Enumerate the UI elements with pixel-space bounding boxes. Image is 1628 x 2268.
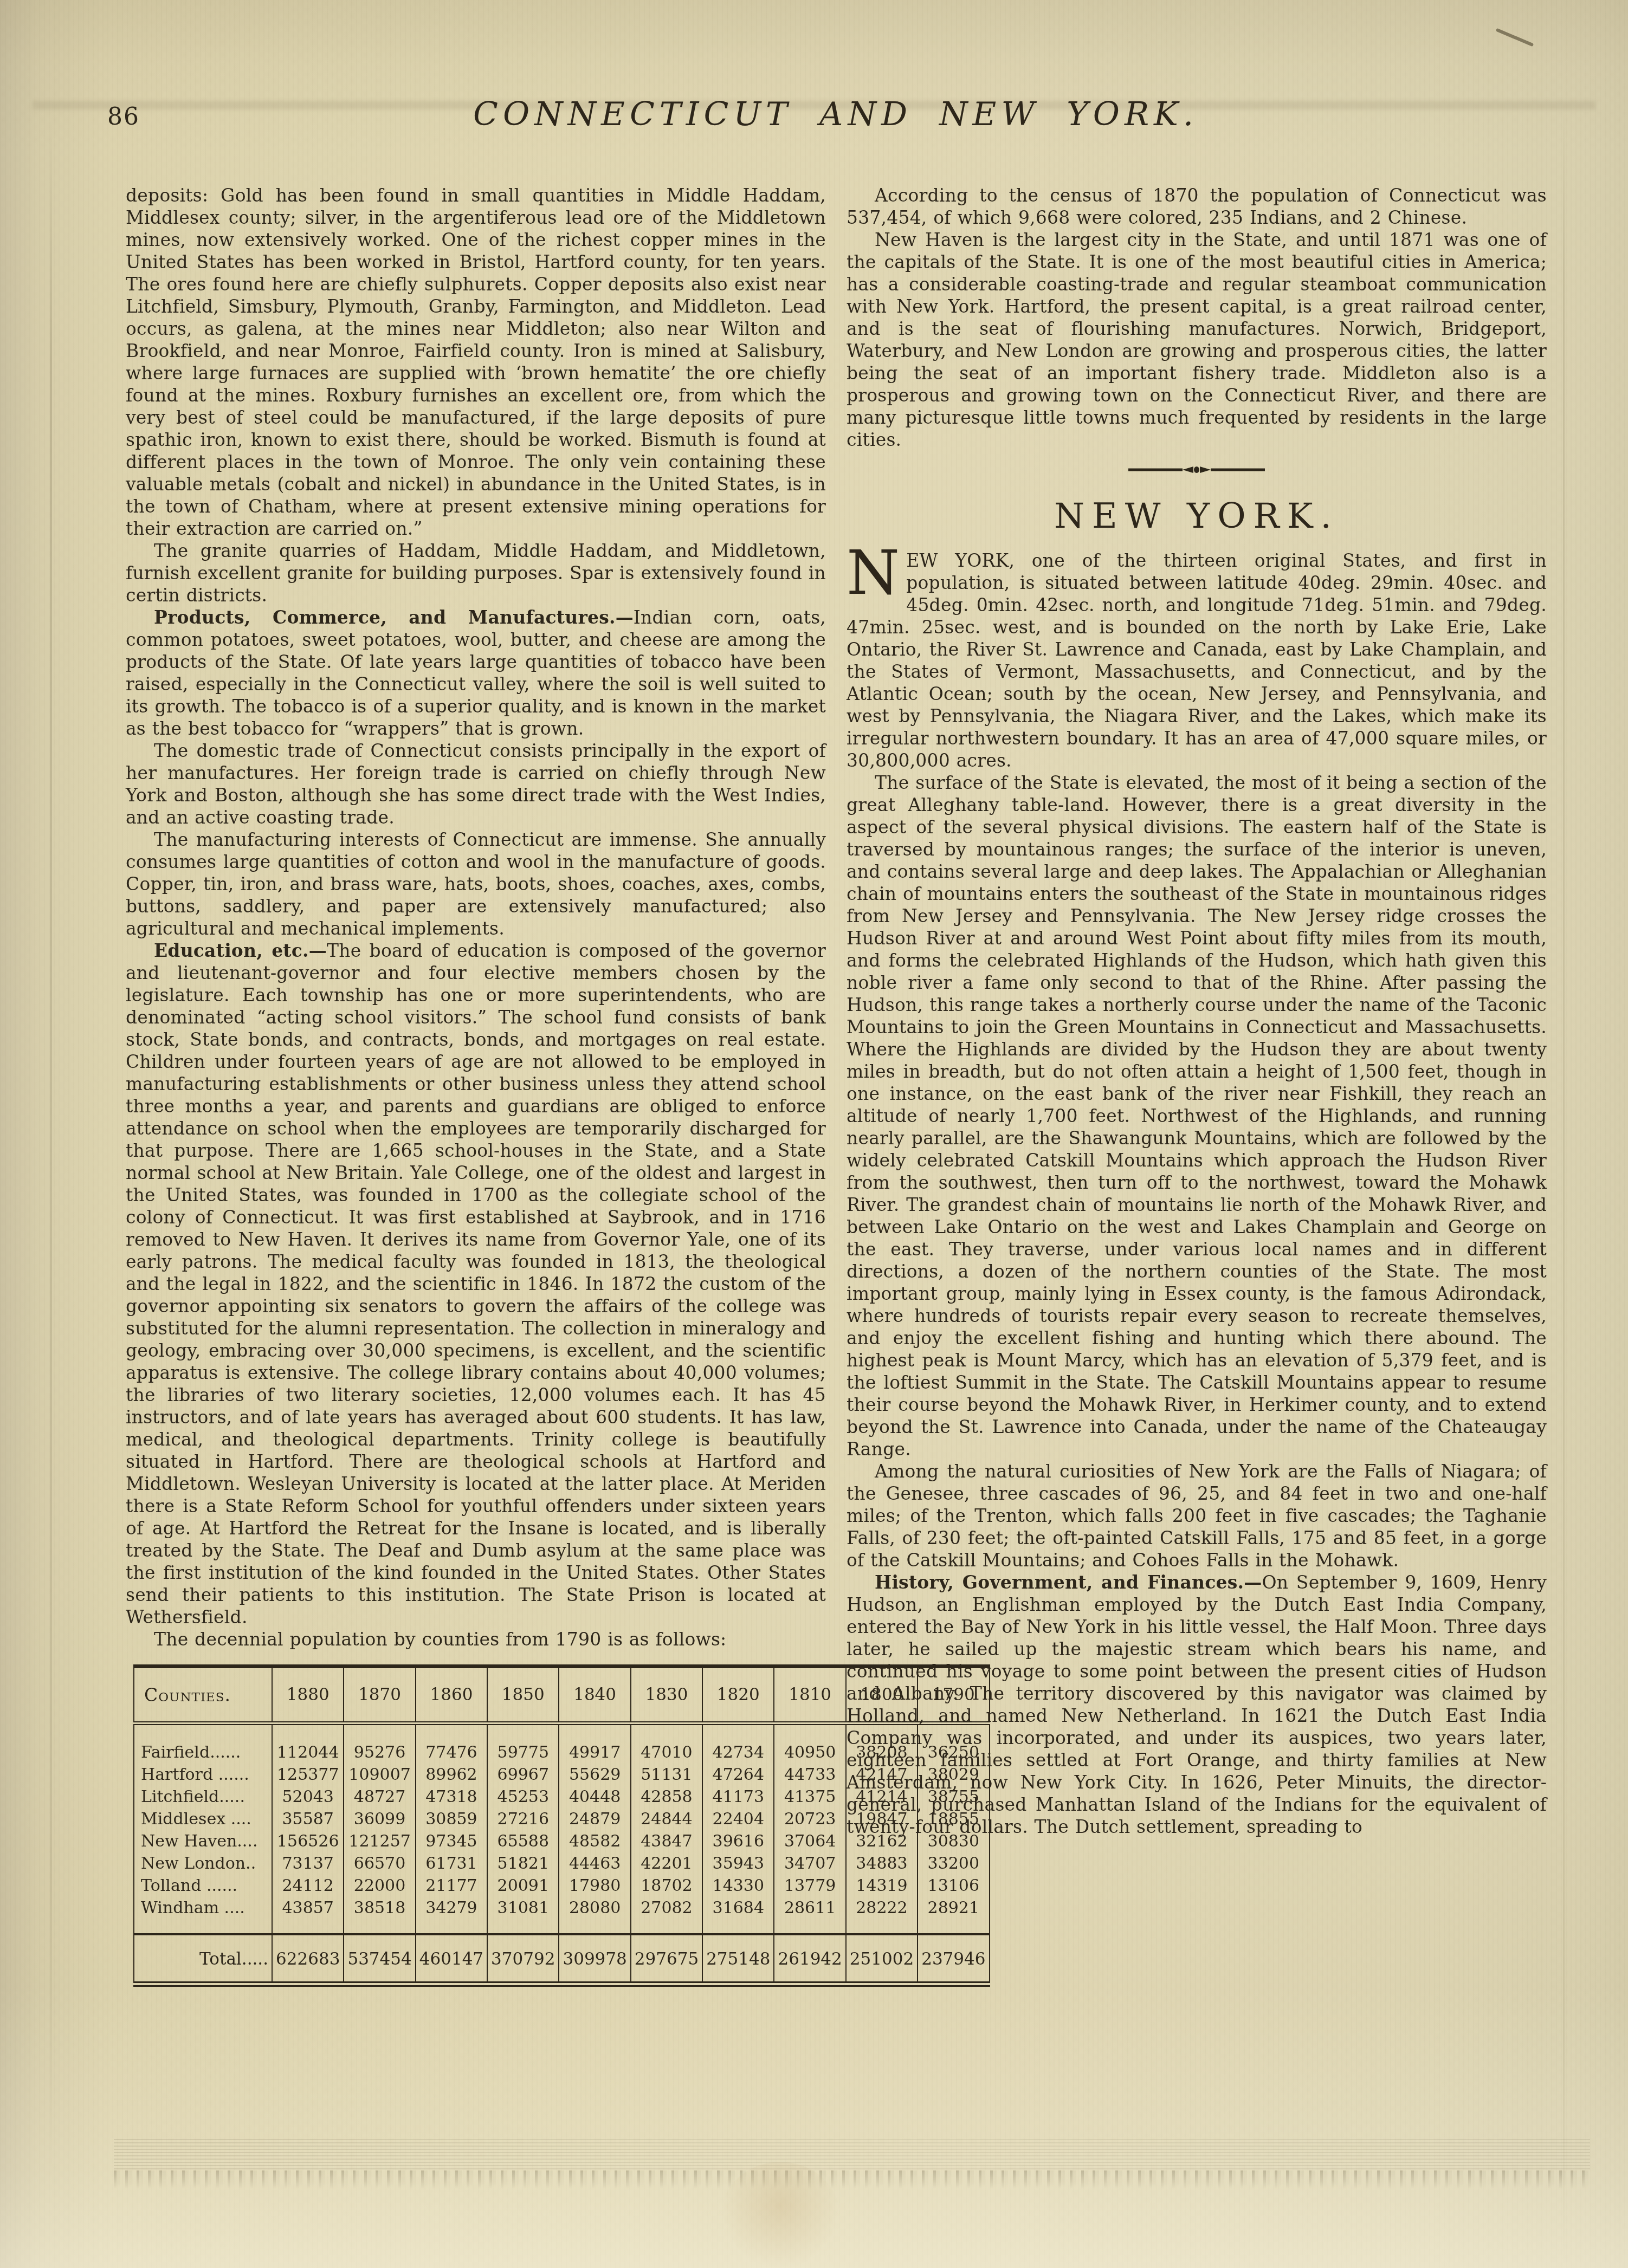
year-header-cell: 1820: [702, 1667, 774, 1723]
population-value-cell: 47264: [702, 1764, 774, 1786]
total-value-cell: 261942: [774, 1934, 845, 1984]
total-value-cell: 275148: [702, 1934, 774, 1984]
paragraph-history: History, Government, and Finances.—On Se…: [847, 1571, 1547, 1838]
paragraph-text: The board of education is composed of th…: [126, 940, 826, 1628]
table-row: Windham ....4385738518342793108128080270…: [134, 1897, 990, 1934]
population-value-cell: 95276: [344, 1723, 415, 1764]
county-name-cell: Litchfield.....: [134, 1786, 272, 1808]
counties-header-cell: Counties.: [134, 1667, 272, 1723]
population-value-cell: 35943: [702, 1852, 774, 1875]
population-value-cell: 31684: [702, 1897, 774, 1934]
population-value-cell: 125377: [272, 1764, 344, 1786]
population-value-cell: 13106: [918, 1875, 989, 1897]
bleedthrough-fringe: [114, 2170, 1590, 2189]
population-value-cell: 22404: [702, 1808, 774, 1830]
year-header-cell: 1860: [416, 1667, 487, 1723]
population-value-cell: 39616: [702, 1830, 774, 1852]
population-value-cell: 41173: [702, 1786, 774, 1808]
population-value-cell: 24112: [272, 1875, 344, 1897]
population-value-cell: 156526: [272, 1830, 344, 1852]
total-value-cell: 622683: [272, 1934, 344, 1984]
population-value-cell: 42734: [702, 1723, 774, 1764]
population-value-cell: 34707: [774, 1852, 845, 1875]
table-row: New London..7313766570617315182144463422…: [134, 1852, 990, 1875]
year-header-cell: 1870: [344, 1667, 415, 1723]
total-value-cell: 309978: [559, 1934, 630, 1984]
paragraph-text: one of the thirteen original States, and…: [847, 550, 1547, 771]
running-head-title: CONNECTICUT AND NEW YORK.: [126, 95, 1546, 133]
population-value-cell: 33200: [918, 1852, 989, 1875]
population-value-cell: 18702: [631, 1875, 702, 1897]
population-value-cell: 28921: [918, 1897, 989, 1934]
population-value-cell: 38518: [344, 1897, 415, 1934]
population-value-cell: 61731: [416, 1852, 487, 1875]
population-value-cell: 14330: [702, 1875, 774, 1897]
paragraph-cities: New Haven is the largest city in the Sta…: [847, 229, 1547, 451]
population-value-cell: 24844: [631, 1808, 702, 1830]
population-value-cell: 40950: [774, 1723, 845, 1764]
population-value-cell: 69967: [487, 1764, 559, 1786]
population-value-cell: 13779: [774, 1875, 845, 1897]
paragraph-lead: Products, Commerce, and Manufactures.—: [154, 607, 634, 628]
section-divider-ornament: [1126, 462, 1267, 478]
table-total-row: Total.....622683537454460147370792309978…: [134, 1934, 990, 1984]
population-value-cell: 73137: [272, 1852, 344, 1875]
population-value-cell: 35587: [272, 1808, 344, 1830]
ink-scratch-mark: [1496, 28, 1534, 47]
population-value-cell: 28080: [559, 1897, 630, 1934]
population-value-cell: 42858: [631, 1786, 702, 1808]
county-name-cell: Middlesex ....: [134, 1808, 272, 1830]
population-value-cell: 121257: [344, 1830, 415, 1852]
population-value-cell: 42201: [631, 1852, 702, 1875]
population-value-cell: 52043: [272, 1786, 344, 1808]
population-value-cell: 109007: [344, 1764, 415, 1786]
paragraph-text: On September 9, 1609, Henry Hudson, an E…: [847, 1572, 1547, 1837]
county-name-cell: Windham ....: [134, 1897, 272, 1934]
population-value-cell: 41375: [774, 1786, 845, 1808]
population-value-cell: 43857: [272, 1897, 344, 1934]
county-name-cell: New London..: [134, 1852, 272, 1875]
population-value-cell: 24879: [559, 1808, 630, 1830]
total-value-cell: 460147: [416, 1934, 487, 1984]
population-value-cell: 30859: [416, 1808, 487, 1830]
population-value-cell: 66570: [344, 1852, 415, 1875]
population-value-cell: 20091: [487, 1875, 559, 1897]
population-value-cell: 27216: [487, 1808, 559, 1830]
population-value-cell: 21177: [416, 1875, 487, 1897]
county-name-cell: New Haven....: [134, 1830, 272, 1852]
population-value-cell: 17980: [559, 1875, 630, 1897]
population-value-cell: 59775: [487, 1723, 559, 1764]
total-value-cell: 370792: [487, 1934, 559, 1984]
population-value-cell: 34279: [416, 1897, 487, 1934]
year-header-cell: 1830: [631, 1667, 702, 1723]
bleedthrough-ornament-band: [114, 2139, 1590, 2169]
paper-stain: [721, 2162, 840, 2268]
paragraph-lead-caps: EW YORK,: [906, 550, 1015, 571]
population-value-cell: 44733: [774, 1764, 845, 1786]
paragraph-curiosities: Among the natural curiosities of New Yor…: [847, 1460, 1547, 1571]
total-value-cell: 537454: [344, 1934, 415, 1984]
paragraph: The domestic trade of Connecticut consis…: [126, 740, 826, 828]
population-value-cell: 27082: [631, 1897, 702, 1934]
section-heading-new-york: NEW YORK.: [847, 497, 1547, 535]
table-intro: The decennial population by counties fro…: [126, 1628, 826, 1650]
population-value-cell: 48582: [559, 1830, 630, 1852]
population-value-cell: 89962: [416, 1764, 487, 1786]
dropcap-letter: N: [847, 549, 906, 596]
population-value-cell: 51821: [487, 1852, 559, 1875]
year-header-cell: 1810: [774, 1667, 845, 1723]
population-value-cell: 28222: [846, 1897, 918, 1934]
binding-crease: [50, 114, 52, 2181]
paragraph-surface: The surface of the State is elevated, th…: [847, 772, 1547, 1460]
population-value-cell: 65588: [487, 1830, 559, 1852]
population-value-cell: 51131: [631, 1764, 702, 1786]
table-row: Tolland ......24112220002117720091179801…: [134, 1875, 990, 1897]
population-value-cell: 112044: [272, 1723, 344, 1764]
population-value-cell: 31081: [487, 1897, 559, 1934]
scanned-book-page: 86 CONNECTICUT AND NEW YORK. deposits: G…: [0, 0, 1628, 2268]
population-value-cell: 40448: [559, 1786, 630, 1808]
population-value-cell: 45253: [487, 1786, 559, 1808]
population-value-cell: 14319: [846, 1875, 918, 1897]
population-value-cell: 97345: [416, 1830, 487, 1852]
population-value-cell: 36099: [344, 1808, 415, 1830]
year-header-cell: 1850: [487, 1667, 559, 1723]
page-edge-line: [1563, 103, 1565, 2268]
total-value-cell: 251002: [846, 1934, 918, 1984]
paragraph-census: According to the census of 1870 the popu…: [847, 184, 1547, 229]
population-value-cell: 47010: [631, 1723, 702, 1764]
population-value-cell: 34883: [846, 1852, 918, 1875]
population-value-cell: 37064: [774, 1830, 845, 1852]
population-value-cell: 48727: [344, 1786, 415, 1808]
population-value-cell: 44463: [559, 1852, 630, 1875]
paragraph: The granite quarries of Haddam, Middle H…: [126, 540, 826, 606]
population-value-cell: 55629: [559, 1764, 630, 1786]
population-value-cell: 43847: [631, 1830, 702, 1852]
county-name-cell: Fairfield......: [134, 1723, 272, 1764]
population-value-cell: 22000: [344, 1875, 415, 1897]
paragraph-lead: Education, etc.—: [154, 940, 327, 961]
paragraph-continuation: deposits: Gold has been found in small q…: [126, 184, 826, 540]
total-value-cell: 237946: [918, 1934, 989, 1984]
population-value-cell: 49917: [559, 1723, 630, 1764]
paragraph-products-commerce: Products, Commerce, and Manufactures.—In…: [126, 606, 826, 740]
total-value-cell: 297675: [631, 1934, 702, 1984]
county-name-cell: Tolland ......: [134, 1875, 272, 1897]
year-header-cell: 1880: [272, 1667, 344, 1723]
population-value-cell: 28611: [774, 1897, 845, 1934]
year-header-cell: 1840: [559, 1667, 630, 1723]
paragraph-ny-intro: NEW YORK, one of the thirteen original S…: [847, 549, 1547, 772]
paragraph: The manufacturing interests of Connectic…: [126, 828, 826, 939]
population-value-cell: 20723: [774, 1808, 845, 1830]
population-value-cell: 77476: [416, 1723, 487, 1764]
total-label-cell: Total.....: [134, 1934, 272, 1984]
county-name-cell: Hartford ......: [134, 1764, 272, 1786]
paragraph-lead: History, Government, and Finances.—: [875, 1572, 1262, 1593]
paragraph-education: Education, etc.—The board of education i…: [126, 939, 826, 1628]
left-column: deposits: Gold has been found in small q…: [126, 184, 826, 1987]
right-column: According to the census of 1870 the popu…: [847, 184, 1547, 1838]
population-value-cell: 47318: [416, 1786, 487, 1808]
